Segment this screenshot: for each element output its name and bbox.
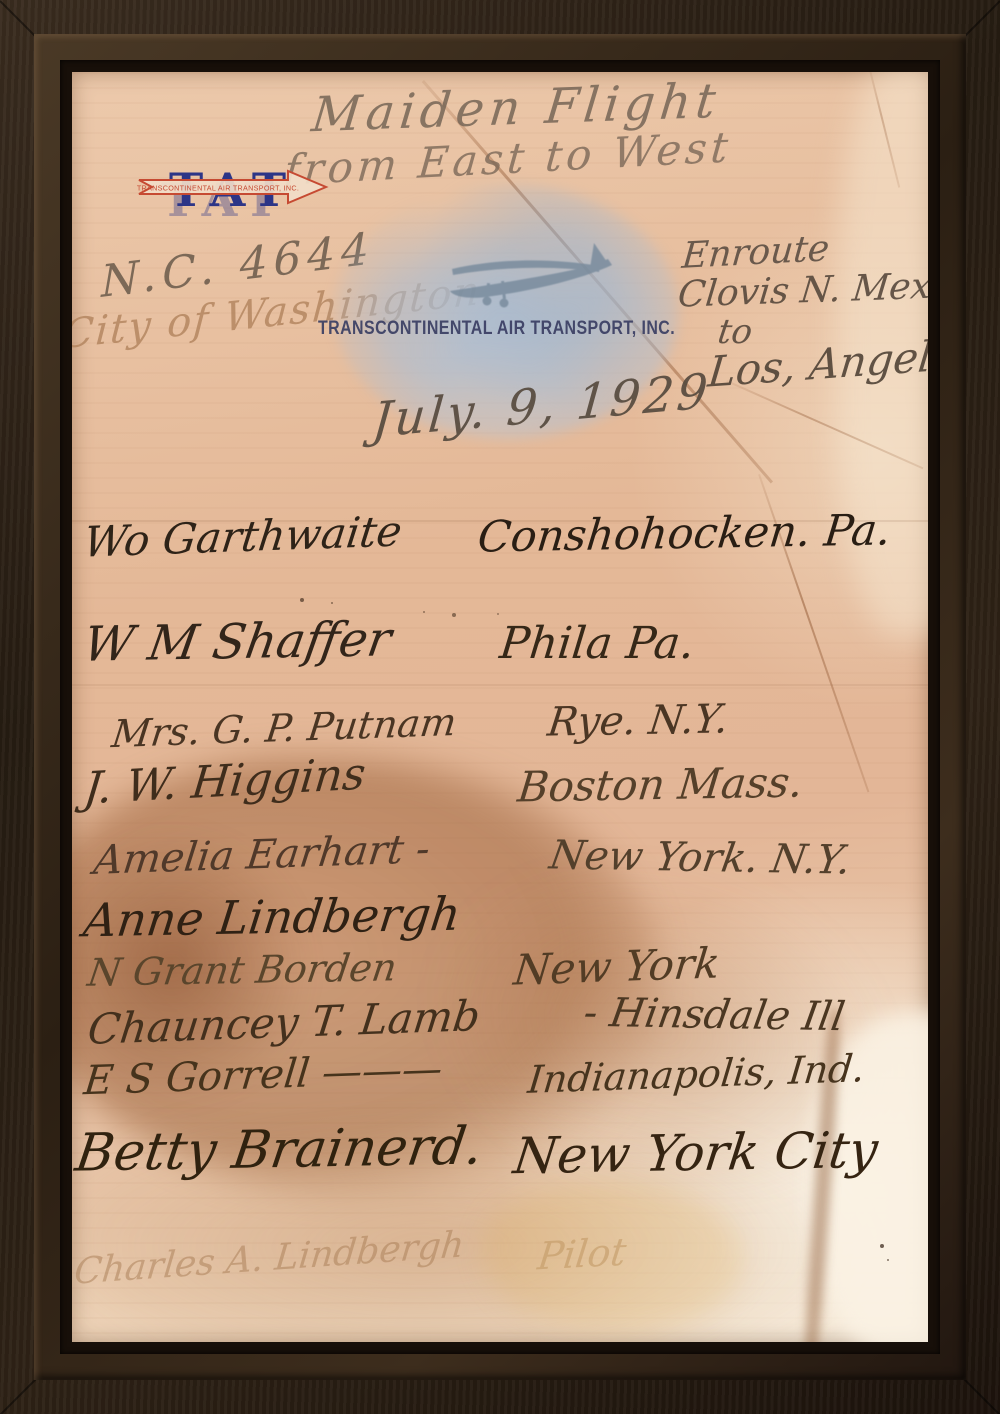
signature-name: Wo Garthwaite: [81, 506, 405, 566]
signature-name: W M Shaffer: [80, 611, 396, 673]
company-name-printed: TRANSCONTINENTAL AIR TRANSPORT, INC.: [318, 318, 675, 340]
framed-document-photo: Maiden Flight from East to West TAT TAT …: [0, 0, 1000, 1414]
fold-line: [72, 684, 928, 686]
signature-name: Anne Lindbergh: [81, 887, 464, 948]
letterhead-paper: Maiden Flight from East to West TAT TAT …: [72, 72, 928, 1342]
signature-place: New York City: [510, 1121, 881, 1185]
signature-name: Mrs. G. P. Putnam: [109, 700, 459, 756]
logo-arrow-text: TRANSCONTINENTAL AIR TRANSPORT, INC.: [137, 184, 299, 193]
signature-place: Phila Pa.: [497, 618, 697, 669]
signature-place: Rye. N.Y.: [545, 696, 731, 745]
signature-place: - Hinsdale Ill: [580, 990, 847, 1040]
trimotor-airplane-icon: [440, 237, 635, 322]
route-origin: Clovis N. Mex,: [676, 265, 928, 315]
ink-specks: [300, 598, 304, 602]
signature-name: Betty Brainerd.: [72, 1116, 487, 1183]
signature-place: New York. N.Y.: [546, 832, 854, 883]
signature-name: N Grant Borden: [85, 945, 400, 995]
signature-place: New York: [511, 938, 722, 994]
tat-logo: TAT TAT TRANSCONTINENTAL AIR TRANSPORT, …: [136, 154, 331, 228]
signature-place: Boston Mass.: [515, 757, 805, 811]
signature-place: Conshohocken. Pa.: [475, 505, 893, 562]
signature-place: Pilot: [535, 1230, 628, 1279]
